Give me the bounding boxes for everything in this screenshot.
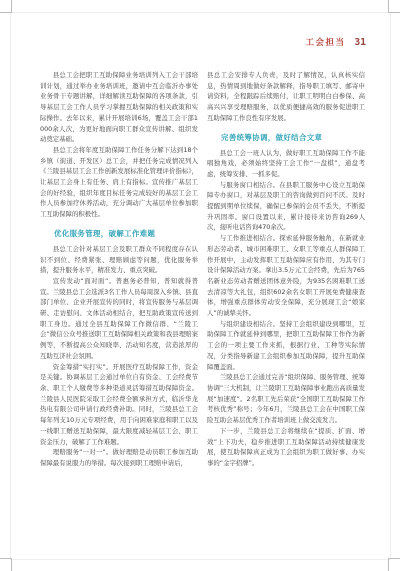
paragraph: 宣传发动“面对面”。普惠务必普知，普知就得普宣。兰陵县总工会选派3名工作人员每周…: [40, 276, 198, 362]
article-body: 县总工会把职工互助保障业务培训列入工会干部培训计划，通过举办业务培训班，邀请中互…: [40, 70, 366, 469]
crop-mark-bottom-right: [388, 558, 400, 571]
paragraph: 下一步，兰陵县总工会将继续在“提质、扩面、增效”上下功夫，稳步推进职工互助保障活…: [207, 426, 365, 469]
paragraph-continued: 县总工会安排专人负责，及时了解情况，认真核实信息，热情周到地做好条款解释，指导职…: [207, 70, 365, 124]
crop-mark-top-left: [0, 0, 12, 13]
paragraph: 县总工会针对基层工会及职工群众不同程度存在认识不到位、经费紧张、理赔顾虑等问题，…: [40, 244, 198, 276]
column-right: 县总工会安排专人负责，及时了解情况，认真核实信息，热情周到地做好条款解释，指导职…: [207, 70, 365, 469]
paragraph: 县总工会将年度互助保障工作任务分解下达到18个乡镇（街道、开发区）总工会，并把任…: [40, 145, 198, 220]
section-heading-coordination: 完善统筹协调，做好结合文章: [207, 132, 365, 143]
paragraph: 与工作推进相结合。探索延伸服务触角，在新就业形态劳动者、城市困难职工、女职工等重…: [207, 233, 365, 319]
paragraph: 县总工会一班人认为，做好职工互助保障工作不能唱独角戏，必须始终坚持工会工作“一盘…: [207, 148, 365, 180]
column-left: 县总工会把职工互助保障业务培训列入工会干部培训计划，通过举办业务培训班，邀请中互…: [40, 70, 198, 469]
paragraph: 与组织建设相结合。坚持工会组织建设到哪里，互助保障工作就延伸到哪里，把职工互助保…: [207, 319, 365, 373]
paragraph: 县总工会把职工互助保障业务培训列入工会干部培训计划，通过举办业务培训班，邀请中互…: [40, 70, 198, 145]
crop-mark-top-right: [388, 0, 400, 13]
crop-mark-bottom-left: [0, 558, 12, 571]
paragraph: 理赔服务“一对一”。做好理赔是动员职工参加互助保障最有说服力的举措。每次接到职工…: [40, 447, 198, 468]
section-heading-optimize-service: 优化服务管理，破解工作难题: [40, 228, 198, 239]
section-label: 工会担当: [306, 36, 346, 48]
page-header: 工会担当 31: [306, 36, 366, 48]
page-number: 31: [355, 37, 366, 48]
paragraph: 资金筹措“实打实”。开展医疗互助保障工作，资金是关键。协调基层工会通过单位自有资…: [40, 362, 198, 448]
paragraph: 兰陵县总工会通过完善“组织保障、服务管理、统筹协调”三大机制，让兰陵职工互助保障…: [207, 372, 365, 426]
paragraph: 与服务窗口相结合。在县职工服务中心设立互助保障专办窗口，对基层及职工的咨询做到百…: [207, 180, 365, 234]
